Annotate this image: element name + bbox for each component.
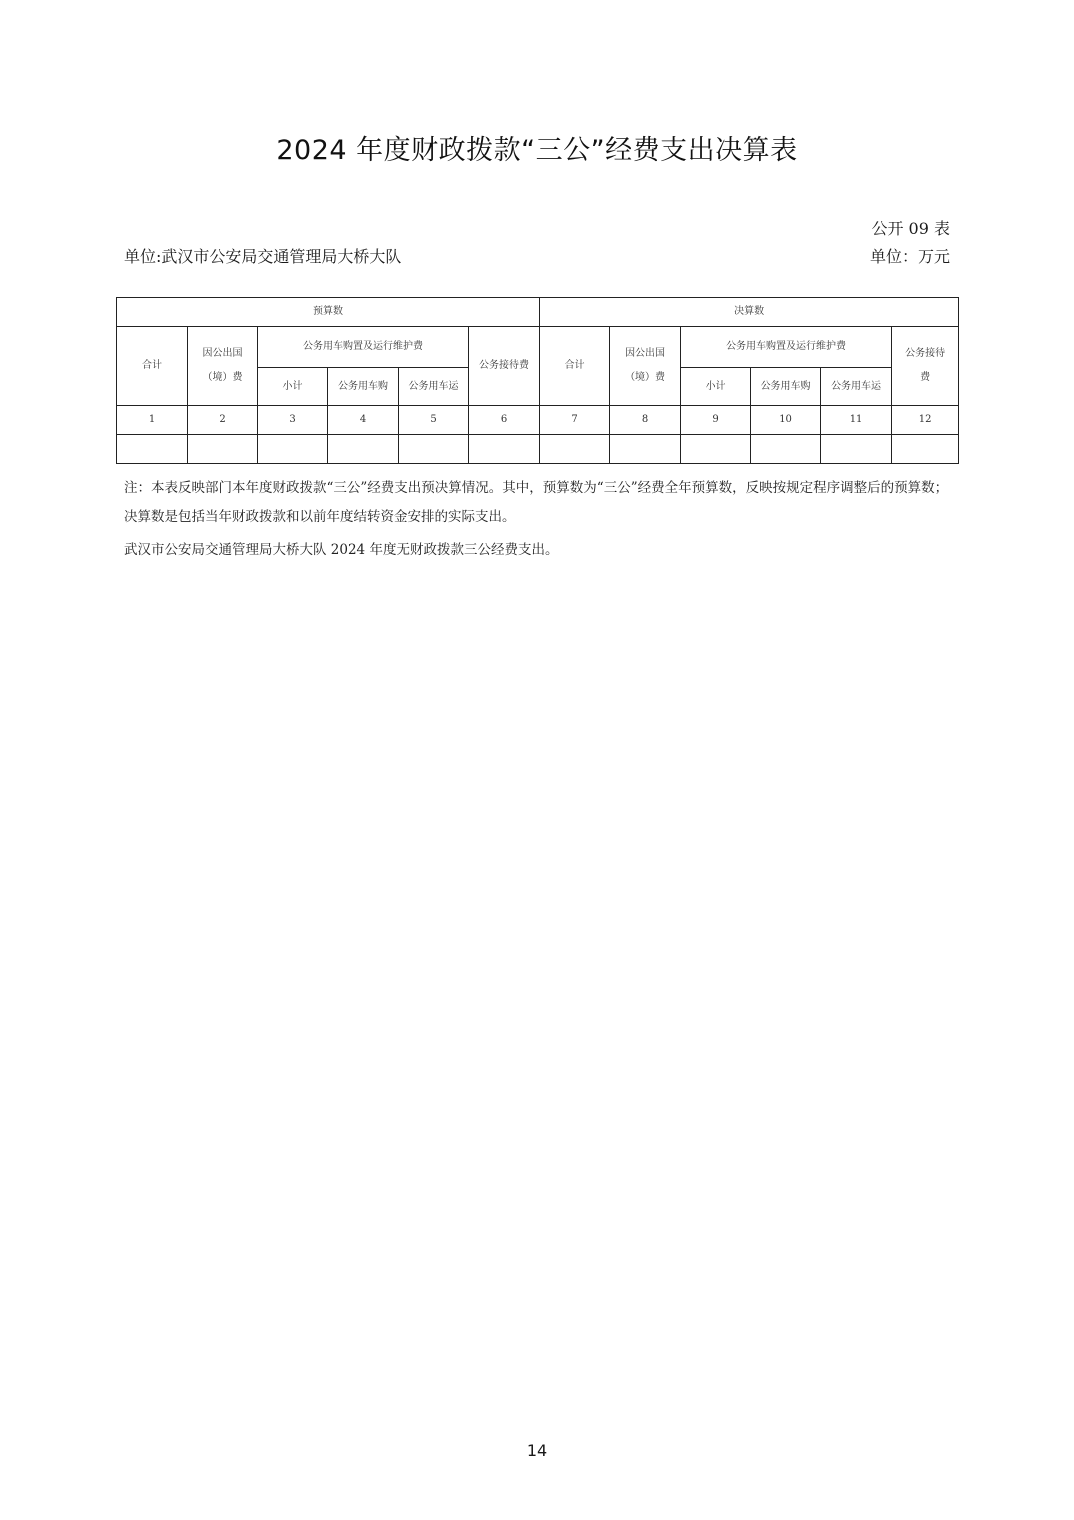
column-number: 2: [188, 406, 258, 435]
value-cell: [258, 435, 328, 464]
column-number: 1: [117, 406, 188, 435]
unit-currency: 单位：万元: [870, 244, 950, 267]
value-cell: [469, 435, 540, 464]
value-cell: [540, 435, 610, 464]
header-budget-reception: 公务接待费: [469, 327, 540, 406]
page-number: 14: [0, 1441, 1074, 1460]
column-number: 11: [821, 406, 892, 435]
header-budget-vehicle-operation: 公务用车运: [399, 368, 469, 406]
header-final-total: 合计: [540, 327, 610, 406]
three-public-expenses-table: 预算数 决算数 合计 因公出国（境）费 公务用车购置及运行维护费 公务接待费 合…: [116, 297, 959, 464]
column-number: 5: [399, 406, 469, 435]
value-cell: [681, 435, 751, 464]
value-cell: [328, 435, 399, 464]
column-number: 9: [681, 406, 751, 435]
value-cell: [892, 435, 959, 464]
column-number: 4: [328, 406, 399, 435]
column-number: 8: [610, 406, 681, 435]
column-number: 10: [751, 406, 821, 435]
group-header-final: 决算数: [540, 298, 959, 327]
header-final-vehicle-purchase: 公务用车购: [751, 368, 821, 406]
form-number: 公开 09 表: [871, 216, 950, 239]
value-cell: [399, 435, 469, 464]
table-note: 注：本表反映部门本年度财政拨款“三公”经费支出预决算情况。其中，预算数为“三公”…: [124, 474, 954, 532]
header-final-overseas: 因公出国（境）费: [610, 327, 681, 406]
header-budget-total: 合计: [117, 327, 188, 406]
value-cell: [188, 435, 258, 464]
value-cell: [610, 435, 681, 464]
header-budget-subtotal: 小计: [258, 368, 328, 406]
header-final-subtotal: 小计: [681, 368, 751, 406]
value-cell: [821, 435, 892, 464]
value-cell: [751, 435, 821, 464]
header-final-reception: 公务接待费: [892, 327, 959, 406]
header-final-vehicle-operation: 公务用车运: [821, 368, 892, 406]
value-cell: [117, 435, 188, 464]
header-budget-overseas: 因公出国（境）费: [188, 327, 258, 406]
column-number-row: 1 2 3 4 5 6 7 8 9 10 11 12: [117, 406, 959, 435]
document-title: 2024 年度财政拨款“三公”经费支出决算表: [0, 128, 1074, 167]
header-budget-vehicle-purchase: 公务用车购: [328, 368, 399, 406]
column-number: 6: [469, 406, 540, 435]
column-number: 12: [892, 406, 959, 435]
column-number: 7: [540, 406, 610, 435]
summary-statement: 武汉市公安局交通管理局大桥大队 2024 年度无财政拨款三公经费支出。: [124, 538, 558, 558]
unit-organization: 单位:武汉市公安局交通管理局大桥大队: [124, 244, 401, 267]
group-header-budget: 预算数: [117, 298, 540, 327]
header-budget-vehicle: 公务用车购置及运行维护费: [258, 327, 469, 368]
table-row: [117, 435, 959, 464]
header-final-vehicle: 公务用车购置及运行维护费: [681, 327, 892, 368]
column-number: 3: [258, 406, 328, 435]
